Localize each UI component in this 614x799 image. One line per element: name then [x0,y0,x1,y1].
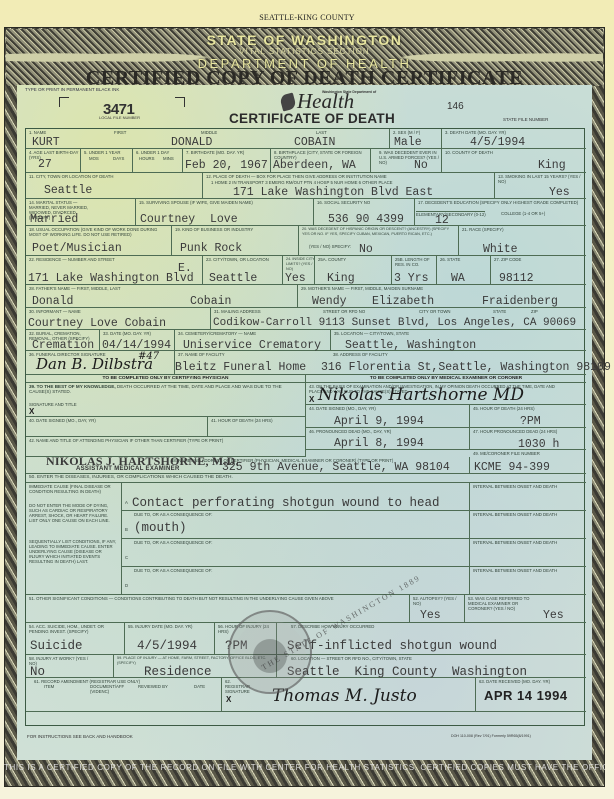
label: 12. PLACE OF DEATH — BOX FOR PLACE THEN … [206,174,387,179]
residence-value: 171 Lake Washington Blvd [28,272,194,285]
label: 38. ADDRESS OF FACILITY [333,352,388,357]
label: INTERVAL BETWEEN ONSET AND DEATH [473,512,583,517]
examiner-strip: TO BE COMPLETED ONLY BY MEDICAL EXAMINER… [306,375,586,383]
field-mailing-address: 31. MAILING ADDRESS STREET OR RFD NO CIT… [211,308,586,330]
field-sex: 2. SEX (M / F) Male [390,129,442,149]
informant-address: Codikow-Carroll 9113 Sunset Blvd, Los An… [213,317,576,329]
interval-c: INTERVAL BETWEEN ONSET AND DEATH [470,539,586,567]
county-header: SEATTLE-KING COUNTY [0,13,614,22]
certifier-address: 325 9th Avenue, Seattle, WA 98104 [222,461,450,474]
zip-value: 98112 [499,272,534,285]
field-residence-city: 23. CITY/TOWN, OR LOCATION Seattle [203,256,283,285]
label: DUE TO, OR AS A CONSEQUENCE OF: [134,540,212,545]
label: 44. DATE SIGNED (Mo., Day, Yr) [309,406,376,411]
label: 40. DATE SIGNED (Mo., Day, Yr) [29,418,96,423]
field-armed-forces: 9. WAS DECEDENT EVER IN U.S. ARMED FORCE… [371,149,442,173]
field-residence-county: 25A. COUNTY King [315,256,392,285]
mother-middle: Elizabeth [372,295,434,308]
corner-mark [175,97,185,107]
field-length-residence: 25B. LENGTH OF RES. IN CO. 3 Yrs [392,256,437,285]
cause-letter: d [125,583,128,588]
label: 63. DATE RECEIVED (Mo. Day. Yr) [479,679,550,684]
funeral-director-number: #47 [138,351,159,362]
field-cemetery: 34. CEMETERY/CREMATORY — NAME Uniservice… [175,330,331,351]
banner-vital-stats: VITAL STATISTICS SECTION [6,47,603,56]
field-age: 4. AGE LAST BIRTH-DAY (Yrs) 27 [26,149,81,173]
label: 3. DEATH DATE (Mo. Day. Yr) [445,130,506,135]
injury-at-work-value: No [30,665,45,679]
mother-last: Fraidenberg [482,295,558,308]
field-record-amendment: 61. RECORD AMENDMENT (Registrar use only… [26,678,222,712]
label: DAYS [113,156,124,161]
field-under-1-day: 6. UNDER 1 DAY HOURS MINS [133,149,183,173]
certificate-banner: STATE OF WASHINGTON VITAL STATISTICS SEC… [6,29,603,86]
examiner-signature: Nikolas Hartshorne MD [318,385,524,405]
spouse-first: Courtney [140,213,195,226]
smoking-value: Yes [549,186,570,199]
label: 54. ACC. SUICIDE, HOM., UNDET. OR PENDIN… [29,624,119,634]
place-options: 1 HOME 2 IN TRANSPORT 3 EMERG RM/OUT PTN… [211,180,393,185]
certification-footer-strip: THIS IS A CERTIFIED COPY OF THE RECORD O… [4,760,605,776]
label: 55. INJURY DATE (Mo. Day. Yr) [128,624,192,629]
label: 1. NAME [29,130,46,135]
label: 26. STATE [440,257,460,262]
label: 25A. COUNTY [318,257,346,262]
manner-value: Suicide [30,639,83,653]
marital-value: Married [30,213,78,226]
label: 29. MOTHER'S NAME — FIRST, MIDDLE, MAIDE… [301,286,423,291]
first-name: KURT [32,136,60,149]
field-hispanic: 20. Was Decedent of Hispanic origin or d… [299,226,459,256]
field-surviving-spouse: 15. SURVIVING SPOUSE (if wife, give maid… [136,199,314,226]
cause-header: 50. ENTER THE DISEASES, INJURIES, OR COM… [26,474,586,483]
label: MOS [89,156,99,161]
facility-address: 316 Florentia St,Seattle, Washington 981… [321,361,611,374]
field-place-of-death: 12. PLACE OF DEATH — BOX FOR PLACE THEN … [203,173,495,199]
certificate-title: CERTIFICATE OF DEATH [229,111,395,126]
label: Middle [201,130,217,135]
cause-letter: b [125,527,128,532]
field-race: 21. RACE (Specify) White [459,226,586,256]
referred-value: Yes [543,609,564,622]
label: DUE TO, OR AS A CONSEQUENCE OF: [134,512,212,517]
leaf-icon [279,92,297,111]
city-value: Seattle [44,184,92,197]
funeral-director-signature: Dan B. Dilbstra [36,355,153,373]
label: MINS [163,156,174,161]
label: 5. UNDER 1 YEAR [84,150,120,155]
label: 25B. LENGTH OF RES. IN CO. [395,257,435,267]
field-funeral-director-signature: 36. FUNERAL DIRECTOR SIGNATURE Dan B. Di… [26,351,175,375]
label: College (1-4 or 5+) [501,211,545,216]
label: 19. KIND OF BUSINESS OR INDUSTRY [175,227,253,232]
place-of-injury-value: Residence [144,665,212,679]
informant-name: Courtney Love Cobain [28,317,166,330]
father-first: Donald [32,295,73,308]
label: CITY OR TOWN [419,309,451,314]
birthplace-value: Aberdeen, WA [273,159,356,172]
last-name: COBAIN [294,136,335,149]
label: 4. AGE LAST BIRTH-DAY (Yrs) [29,150,79,160]
label: SIGNATURE AND TITLE [29,402,77,407]
county-value: King [538,159,566,172]
field-father-name: 28. FATHER'S NAME — FIRST, MIDDLE, LAST … [26,285,298,308]
label: INTERVAL BETWEEN ONSET AND DEATH [473,484,583,489]
date-received-stamp: APR 14 1994 [484,688,568,703]
label: 6. UNDER 1 DAY [136,150,169,155]
label: 34. CEMETERY/CREMATORY — NAME [178,331,256,336]
length-residence-value: 3 Yrs [394,272,429,285]
cause-b-text: (mouth) [134,521,187,535]
label: 49. ME/CORONER FILE NUMBER [473,451,540,456]
hispanic-value: No [359,243,373,256]
field-hour-of-death: 45. HOUR OF DEATH (24 Hrs) ?PM [470,405,586,428]
field-death-date: 3. DEATH DATE (Mo. Day. Yr) 4/5/1994 [442,129,586,149]
label: ITEM [44,684,54,689]
field-education: 17. DECEDENT'S EDUCATION (Specify only h… [415,199,586,226]
label: (Yes / No) Specify: [309,244,351,249]
mother-first: Wendy [312,295,347,308]
cause-letter: c [125,555,128,560]
interval-b: INTERVAL BETWEEN ONSET AND DEATH [470,511,586,539]
date-signed-value: April 9, 1994 [334,415,424,428]
me-file-number-value: KCME 94-399 [474,461,550,474]
label: 52. AUTOPSY? (Yes / No) [413,596,461,606]
label: 45. HOUR OF DEATH (24 Hrs) [473,406,535,411]
examiner-strip-text: TO BE COMPLETED ONLY BY MEDICAL EXAMINER… [306,376,586,381]
cause-instructions: IMMEDIATE CAUSE (Final disease or condit… [26,483,122,595]
cause-line-b: DUE TO, OR AS A CONSEQUENCE OF: b (mouth… [122,511,470,539]
state-seal [228,610,312,694]
field-injury-at-work: 58. INJURY AT WORK? (Yes / No) No [26,655,114,678]
field-residence: 22. RESIDENCE — NUMBER AND STREET E. 171… [26,256,203,285]
injury-date-value: 4/5/1994 [137,639,197,653]
label: 53. WAS CASE REFERRED TO MEDICAL EXAMINE… [468,596,538,611]
field-marital-status: 14. MARITAL STATUS — Married, Never Marr… [26,199,136,226]
label: 24. INSIDE CITY LIMITS? (Yes / No) [286,257,316,272]
hour-of-death-value: ?PM [520,415,541,428]
label: 31. MAILING ADDRESS [214,309,261,314]
how-injury-value: Self-inflicted shotgun wound [287,639,497,653]
x-mark: X [226,695,231,704]
armed-forces-value: No [414,159,428,172]
place-value: 171 Lake Washington Blvd East [233,186,433,199]
label: First [114,130,126,135]
pronounced-dead-value: April 8, 1994 [334,437,424,450]
state-file-label: STATE FILE NUMBER [503,117,548,122]
inside-city-value: Yes [285,272,306,285]
agency-small-text: Washington State Department of [322,90,376,94]
physician-strip-text: TO BE COMPLETED ONLY BY CERTIFYING PHYSI… [26,376,305,381]
label: DATE [194,684,205,689]
field-state: 26. STATE WA [437,256,491,285]
label: INTERVAL BETWEEN ONSET AND DEATH [473,568,583,573]
field-hour-pronounced: 47. HOUR PRONOUNCED DEAD (24 Hrs) 1030 h [470,428,586,450]
label: 28. FATHER'S NAME — FIRST, MIDDLE, LAST [29,286,120,291]
banner-certified-copy: CERTIFIED COPY OF DEATH CERTIFICATE [6,67,603,86]
field-city-of-death: 11. CITY, TOWN OR LOCATION OF DEATH Seat… [26,173,203,199]
physician-statement: 39. TO THE BEST OF MY KNOWLEDGE, DEATH O… [29,384,299,394]
label: REVIEWED BY [138,684,168,689]
injury-location-value: Seattle King County Washington [287,665,527,679]
birthdate-value: Feb 20, 1967 [185,159,268,172]
cause-a-text: Contact perforating shotgun wound to hea… [132,496,440,510]
ink-instruction: TYPE OR PRINT IN PERMANENT BLACK INK [25,87,119,92]
field-under-1-year: 5. UNDER 1 YEAR MOS DAYS [81,149,133,173]
field-inside-city: 24. INSIDE CITY LIMITS? (Yes / No) Yes [283,256,315,285]
label: 2. SEX (M / F) [393,130,420,135]
label: 11. CITY, TOWN OR LOCATION OF DEATH [29,174,114,179]
field-physician-date-signed: 40. DATE SIGNED (Mo., Day, Yr) [26,417,208,437]
field-date-signed: 44. DATE SIGNED (Mo., Day, Yr) April 9, … [306,405,470,428]
field-facility: 37. NAME OF FACILITY 38. ADDRESS OF FACI… [175,351,586,375]
physician-strip: TO BE COMPLETED ONLY BY CERTIFYING PHYSI… [26,375,306,383]
field-referred-me: 53. WAS CASE REFERRED TO MEDICAL EXAMINE… [465,595,586,623]
industry-value: Punk Rock [180,242,242,255]
label: 16. SOCIAL SECURITY NO [317,200,370,205]
banner-state: STATE OF WASHINGTON [6,32,603,48]
occupation-value: Poet/Musician [32,242,122,255]
label: 46. PRONOUNCED DEAD (Mo., Day, Yr) [309,429,391,434]
instructions-note: FOR INSTRUCTIONS SEE BACK AND HANDBOOK [27,734,133,739]
label: 47. HOUR PRONOUNCED DEAD (24 Hrs) [473,429,583,434]
interval-a: INTERVAL BETWEEN ONSET AND DEATH [470,483,586,511]
cause-line-c: DUE TO, OR AS A CONSEQUENCE OF: c [122,539,470,567]
field-informant: 30. INFORMANT — NAME Courtney Love Cobai… [26,308,211,330]
field-ssn: 16. SOCIAL SECURITY NO 536 90 4399 [314,199,415,226]
father-last: Cobain [190,295,231,308]
label: 30. INFORMANT — NAME [29,309,81,314]
local-file-label: LOCAL FILE NUMBER [99,115,140,120]
interval-d: INTERVAL BETWEEN ONSET AND DEATH [470,567,586,595]
field-name: 1. NAME First Middle Last KURT DONALD CO… [26,129,390,149]
facility-name: Bleitz Funeral Home [175,361,306,374]
label: 18. USUAL OCCUPATION (Give kind of work … [29,227,159,237]
field-zip: 27. ZIP CODE 98112 [491,256,586,285]
field-date-received: 63. DATE RECEIVED (Mo. Day. Yr) APR 14 1… [476,678,586,712]
field-occupation: 18. USUAL OCCUPATION (Give kind of work … [26,226,172,256]
label: 37. NAME OF FACILITY [178,352,225,357]
label: ZIP [531,309,538,314]
death-date-value: 4/5/1994 [470,136,525,149]
field-physician-hour-of-death: 41. HOUR OF DEATH (24 Hrs) [208,417,306,437]
label: STATE [493,309,506,314]
field-autopsy: 52. AUTOPSY? (Yes / No) Yes [410,595,465,623]
label: 13. SMOKING IN LAST 15 YEARS? (Yes / No) [498,174,583,184]
label: Sequentially list conditions, if any, le… [29,539,117,564]
field-physician-statement: 39. TO THE BEST OF MY KNOWLEDGE, DEATH O… [26,383,306,417]
residence-city-value: Seattle [209,272,257,285]
label: Elementary/Secondary (0-12) [416,211,485,217]
label: Last [316,130,327,135]
label: 27. ZIP CODE [494,257,521,262]
ssn-value: 536 90 4399 [328,213,404,226]
label: HOURS [139,156,155,161]
corner-mark [59,97,69,107]
field-manner-of-death: 54. ACC. SUICIDE, HOM., UNDET. OR PENDIN… [26,623,125,655]
label: DUE TO, OR AS A CONSEQUENCE OF: [134,568,212,573]
field-me-file-number: 49. ME/CORONER FILE NUMBER KCME 94-399 [470,450,586,474]
label: IMMEDIATE CAUSE (Final disease or condit… [29,484,117,494]
label: 20. Was Decedent of Hispanic origin or d… [302,227,457,237]
x-mark: X [309,395,314,404]
label: 15. SURVIVING SPOUSE (if wife, give maid… [139,200,253,205]
label: 41. HOUR OF DEATH (24 Hrs) [211,418,273,423]
label: DOCUMENT/AFF (VIDENC) [90,684,120,694]
cause-line-a: a Contact perforating shotgun wound to h… [122,483,470,511]
label: 9. WAS DECEDENT EVER IN U.S. ARMED FORCE… [379,150,441,165]
residence-county-value: King [327,272,355,285]
field-disposition-method: 32. BURIAL, CREMATION, REMOVAL, OTHER (S… [26,330,100,351]
age-value: 27 [38,158,52,171]
cause-letter: a [125,500,128,505]
field-disposition-date: 33. DATE (Mo. Day. Yr) 04/14/1994 [100,330,175,351]
autopsy-value: Yes [420,609,441,622]
label: 21. RACE (Specify) [462,227,504,232]
form-code: DOH 110-008 (Rev 7/91) Formerly 59R65(8/… [451,734,531,738]
field-disposition-location: 35. LOCATION — CITY/TOWN, STATE Seattle,… [331,330,586,351]
field-examiner-statement: 43. ON THE BASIS OF EXAMINATION AND/OR I… [306,383,586,405]
label: 17. DECEDENT'S EDUCATION (Specify only h… [418,200,583,205]
spouse-last: Love [210,213,238,226]
certifier-title: ASSISTANT MEDICAL EXAMINER [76,466,180,472]
label: 7. BIRTHDATE (Mo. Day. Yr) [186,150,244,155]
registrar-signature: Thomas M. Justo [272,686,417,706]
state-value: WA [451,272,465,285]
field-industry: 19. KIND OF BUSINESS OR INDUSTRY Punk Ro… [172,226,299,256]
field-injury-date: 55. INJURY DATE (Mo. Day. Yr) 4/5/1994 [125,623,215,655]
cause-header-text: 50. ENTER THE DISEASES, INJURIES, OR COM… [29,475,233,480]
state-file-number: 146 [447,101,464,112]
field-birthplace: 8. BIRTHPLACE (City, State or Foreign Co… [271,149,371,173]
label: DO NOT ENTER THE MODE OF DYING, SUCH AS … [29,503,117,523]
label: 42. NAME AND TITLE OF ATTENDING PHYSICIA… [29,438,223,443]
label: 10. COUNTY OF DEATH [445,150,493,155]
field-smoking: 13. SMOKING IN LAST 15 YEARS? (Yes / No)… [495,173,586,199]
field-birthdate: 7. BIRTHDATE (Mo. Day. Yr) Feb 20, 1967 [183,149,271,173]
label: 33. DATE (Mo. Day. Yr) [103,331,151,336]
label: 35. LOCATION — CITY/TOWN, STATE [334,331,409,336]
race-value: White [483,243,518,256]
x-mark: X [29,407,34,416]
field-mother-name: 29. MOTHER'S NAME — FIRST, MIDDLE, MAIDE… [298,285,586,308]
label: 23. CITY/TOWN, OR LOCATION [206,257,269,262]
field-certifier-name: 48. NAME AND ADDRESS OF CERTIFIER (PHYSI… [26,457,470,474]
label: STREET OR RFD NO [323,309,365,314]
field-pronounced-dead: 46. PRONOUNCED DEAD (Mo., Day, Yr) April… [306,428,470,450]
label: 22. RESIDENCE — NUMBER AND STREET [29,257,115,262]
field-county-of-death: 10. COUNTY OF DEATH King [442,149,586,173]
middle-name: DONALD [171,136,212,149]
sex-value: Male [394,136,422,149]
label: INTERVAL BETWEEN ONSET AND DEATH [473,540,583,545]
field-injury-location: 60. LOCATION — STREET OR RFD NO., CITY/T… [277,655,586,678]
label: 51. OTHER SIGNIFICANT CONDITIONS — CONDI… [29,596,334,601]
